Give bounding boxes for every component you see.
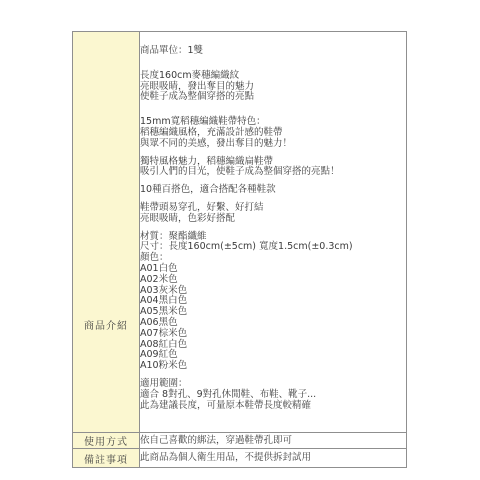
text-line: 10種百搭色，適合搭配各種鞋款: [140, 185, 406, 196]
text-line: 顏色：: [140, 253, 406, 264]
page: 商品介紹 商品單位：1雙 長度160cm麥穗編織紋亮眼吸睛，發出奪目的魅力使鞋子…: [0, 0, 480, 480]
text-line: A01白色: [140, 264, 406, 275]
row-label-product-intro: 商品介紹: [73, 317, 139, 432]
usage-text: 依自己喜歡的綁法，穿過鞋帶孔即可: [140, 435, 406, 447]
text-line: A02米色: [140, 275, 406, 286]
table-row-usage: 使用方式 依自己喜歡的綁法，穿過鞋帶孔即可: [73, 433, 407, 449]
text-line: 吸引人們的目光，使鞋子成為整個穿搭的亮點！: [140, 167, 406, 178]
text-line: A08紅白色: [140, 340, 406, 351]
text-line: 與眾不同的美感，發出奪目的魅力！: [140, 139, 406, 150]
row-label-cell: 商品介紹: [73, 32, 140, 433]
text-line: 依自己喜歡的綁法，穿過鞋帶孔即可: [140, 435, 406, 447]
text-line: A07棕米色: [140, 329, 406, 340]
text-line: A10粉米色: [140, 361, 406, 372]
row-label-cell: 備註事項: [73, 449, 140, 468]
text-line: A05黑米色: [140, 307, 406, 318]
text-line: [140, 103, 406, 110]
row-label-usage: 使用方式: [73, 433, 139, 448]
text-line: 亮眼吸睛，色彩好搭配: [140, 214, 406, 225]
text-line: 商品單位：1雙: [140, 46, 406, 57]
text-line: 使鞋子成為整個穿搭的亮點: [140, 92, 406, 103]
row-label-cell: 使用方式: [73, 433, 140, 449]
table-row-product-intro: 商品介紹 商品單位：1雙 長度160cm麥穗編織紋亮眼吸睛，發出奪目的魅力使鞋子…: [73, 32, 407, 433]
product-spec-table: 商品介紹 商品單位：1雙 長度160cm麥穗編織紋亮眼吸睛，發出奪目的魅力使鞋子…: [72, 31, 407, 468]
table-row-note: 備註事項 此商品為個人衛生用品，不提供拆封試用: [73, 449, 407, 468]
product-intro-content-cell: 商品單位：1雙 長度160cm麥穗編織紋亮眼吸睛，發出奪目的魅力使鞋子成為整個穿…: [140, 32, 407, 433]
text-line: 此商品為個人衛生用品，不提供拆封試用: [140, 452, 406, 464]
product-intro-text: 商品單位：1雙 長度160cm麥穗編織紋亮眼吸睛，發出奪目的魅力使鞋子成為整個穿…: [140, 46, 406, 411]
row-label-note: 備註事項: [73, 451, 139, 466]
text-line: 長度160cm麥穗編織紋: [140, 71, 406, 82]
note-text: 此商品為個人衛生用品，不提供拆封試用: [140, 452, 406, 464]
text-line: [140, 57, 406, 64]
text-line: 適合 8對孔、9對孔休閒鞋、布鞋、靴子...: [140, 390, 406, 401]
note-content-cell: 此商品為個人衛生用品，不提供拆封試用: [140, 449, 407, 468]
usage-content-cell: 依自己喜歡的綁法，穿過鞋帶孔即可: [140, 433, 407, 449]
text-line: 此為建議長度，可量原本鞋帶長度較精確: [140, 401, 406, 412]
text-line: 尺寸：長度160cm(±5cm) 寬度1.5cm(±0.3cm): [140, 242, 406, 253]
